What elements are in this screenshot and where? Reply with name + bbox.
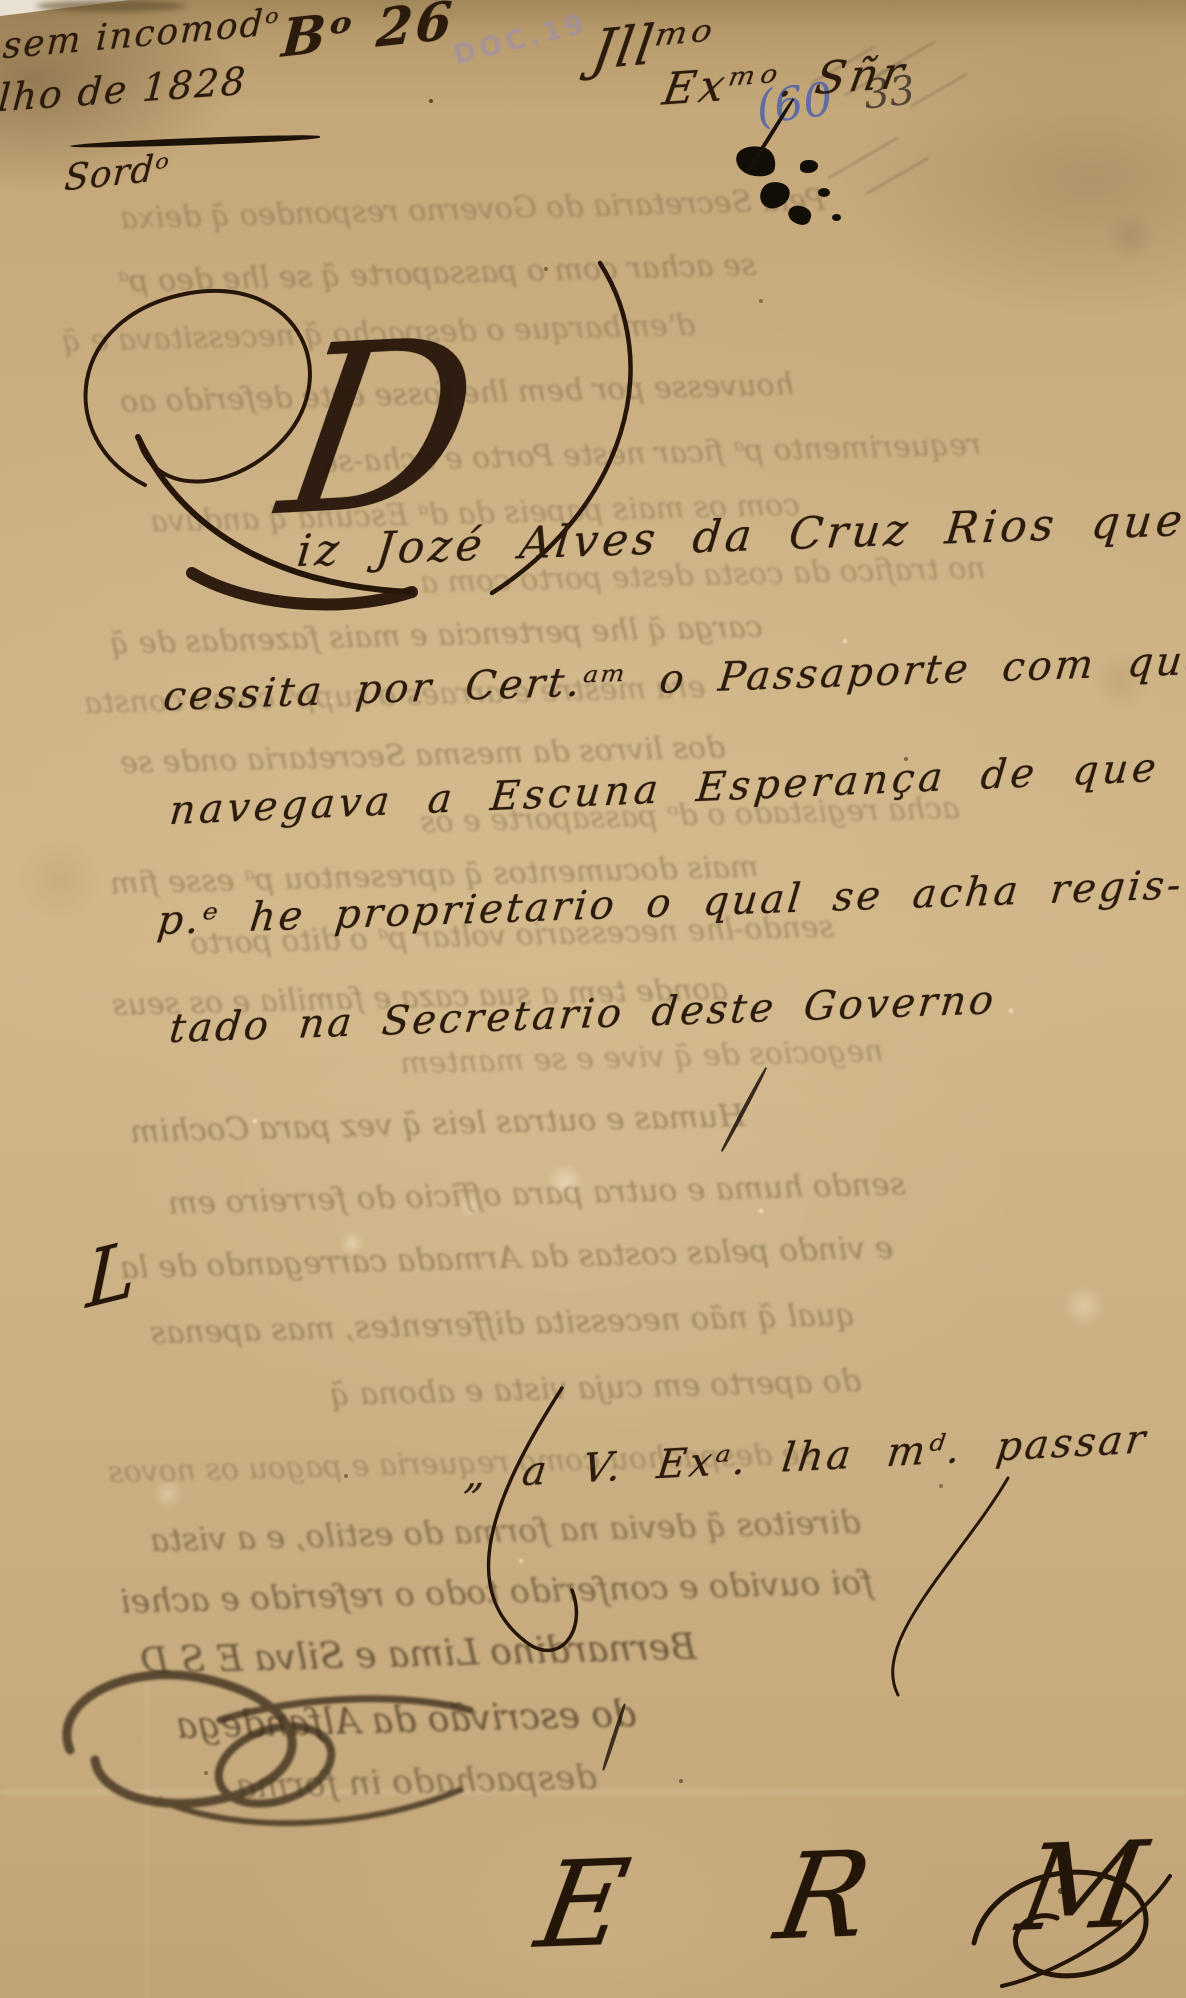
bleedthrough-line: foi ouvido e conferido todo o referido e…: [120, 1562, 874, 1621]
manuscript-page: Pela Secretaria do Governo respondeo q̃ …: [0, 0, 1186, 1998]
date-underline-stroke: [70, 134, 320, 150]
pencil-hatch: [828, 137, 898, 179]
bleedthrough-line: do escrivão da Alfandega: [176, 1694, 637, 1747]
bleedthrough-line: qual q̃ não necessita differentes, mas a…: [150, 1297, 856, 1351]
bleedthrough-line: Pela Secretaria do Governo respondeo q̃ …: [120, 183, 826, 236]
margin-note: sem incomodᵒ: [2, 2, 282, 68]
ink-blot: [800, 160, 818, 173]
ink-blot: [832, 214, 841, 221]
bleedthrough-line: Bernardino Lima e Silva E S D: [140, 1627, 697, 1683]
bleedthrough-line: Humas e outras leis q̃ vez para Cochim: [130, 1098, 746, 1150]
clerk-note: Sordᵒ: [63, 147, 171, 200]
closing-formula-erm: E R M: [528, 1813, 1186, 1975]
date-note: lho de 1828: [0, 59, 249, 121]
dropcap-letter: D: [269, 308, 490, 550]
pencil-hatch: [865, 157, 928, 195]
bleedthrough-line: sendo huma e outra para officio do ferre…: [168, 1166, 906, 1221]
bleedthrough-line: do aperto em cuja vista e abona q̃: [330, 1363, 862, 1413]
register-number: Bᵒ 26: [280, 0, 457, 70]
corner-smudge: [36, 0, 186, 12]
archive-stamp: DOC.19: [450, 8, 590, 71]
ink-blot: [818, 188, 830, 197]
bleedthrough-line: direitos q̃ devia na forma do estilo, e …: [150, 1503, 861, 1560]
bleedthrough-line: despachado in forma: [236, 1757, 598, 1806]
margin-flourish-mark: L: [85, 1222, 137, 1327]
bleedthrough-line: e vindo pelas costas da Armada carregand…: [120, 1230, 894, 1286]
vertical-fold-crease: [146, 1660, 149, 1998]
pencil-hatch: [911, 73, 967, 107]
petition-request-line: „ a V. Exᵃ. lha mᵈ. passar: [462, 1416, 1150, 1498]
bleedthrough-line: carga q̃ lhe pertencia e mais fazendas d…: [110, 609, 763, 661]
